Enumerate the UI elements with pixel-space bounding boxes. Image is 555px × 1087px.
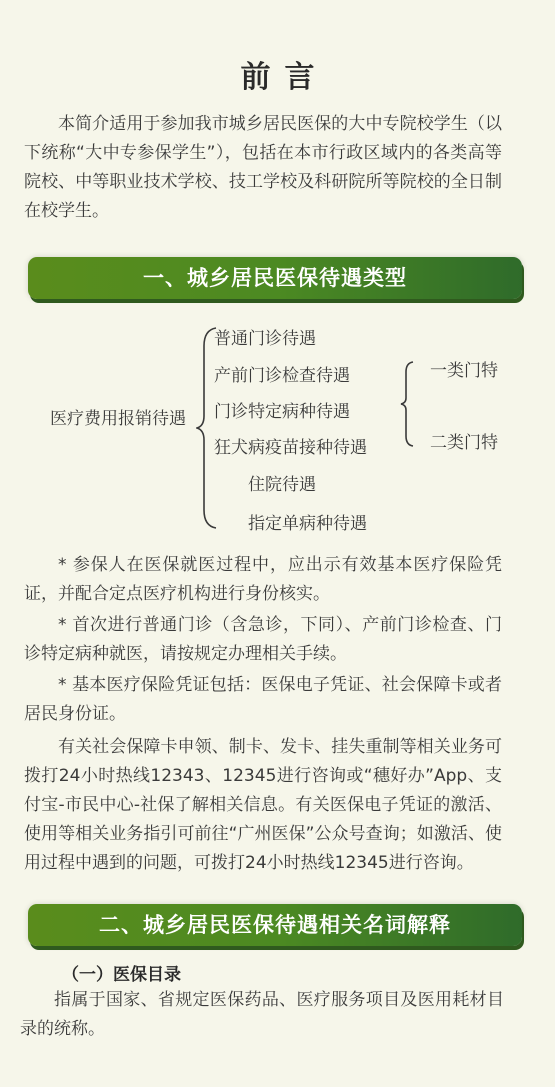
subsection-paragraph: 指属于国家、省规定医保药品、医疗服务项目及医用耗材目录的统称。 xyxy=(20,986,504,1044)
tree-item: 指定单病种待遇 xyxy=(248,509,367,534)
tree-sub-item: 二类门特 xyxy=(430,428,498,453)
tree-item: 普通门诊待遇 xyxy=(214,324,316,349)
tree-root: 医疗费用报销待遇 xyxy=(50,404,186,429)
main-brace-icon xyxy=(196,326,220,530)
sub-brace-icon xyxy=(400,360,416,448)
note-paragraph: * 参保人在医保就医过程中，应出示有效基本医疗保险凭证，并配合定点医疗机构进行身… xyxy=(24,551,502,609)
section2-heading-banner: 二、城乡居民医保待遇相关名词解释 xyxy=(28,904,522,946)
tree-item: 狂犬病疫苗接种待遇 xyxy=(214,433,367,458)
note-paragraph: * 基本医疗保险凭证包括：医保电子凭证、社会保障卡或者居民身份证。 xyxy=(24,671,502,729)
tree-item: 门诊特定病种待遇 xyxy=(214,397,350,422)
tree-sub-item: 一类门特 xyxy=(430,356,498,381)
note-paragraph: * 首次进行普通门诊（含急诊，下同）、产前门诊检查、门诊特定病种就医，请按规定办… xyxy=(24,611,502,669)
info-paragraph: 有关社会保障卡申领、制卡、发卡、挂失重制等相关业务可拨打24小时热线12343、… xyxy=(24,733,502,878)
tree-item: 产前门诊检查待遇 xyxy=(214,361,350,386)
preface-paragraph: 本简介适用于参加我市城乡居民医保的大中专院校学生（以下统称“大中专参保学生”），… xyxy=(24,110,502,226)
section1-heading-banner: 一、城乡居民医保待遇类型 xyxy=(28,257,522,299)
subsection-title: （一）医保目录 xyxy=(62,960,181,985)
preface-title: 前言 xyxy=(0,52,555,96)
tree-item: 住院待遇 xyxy=(248,470,316,495)
